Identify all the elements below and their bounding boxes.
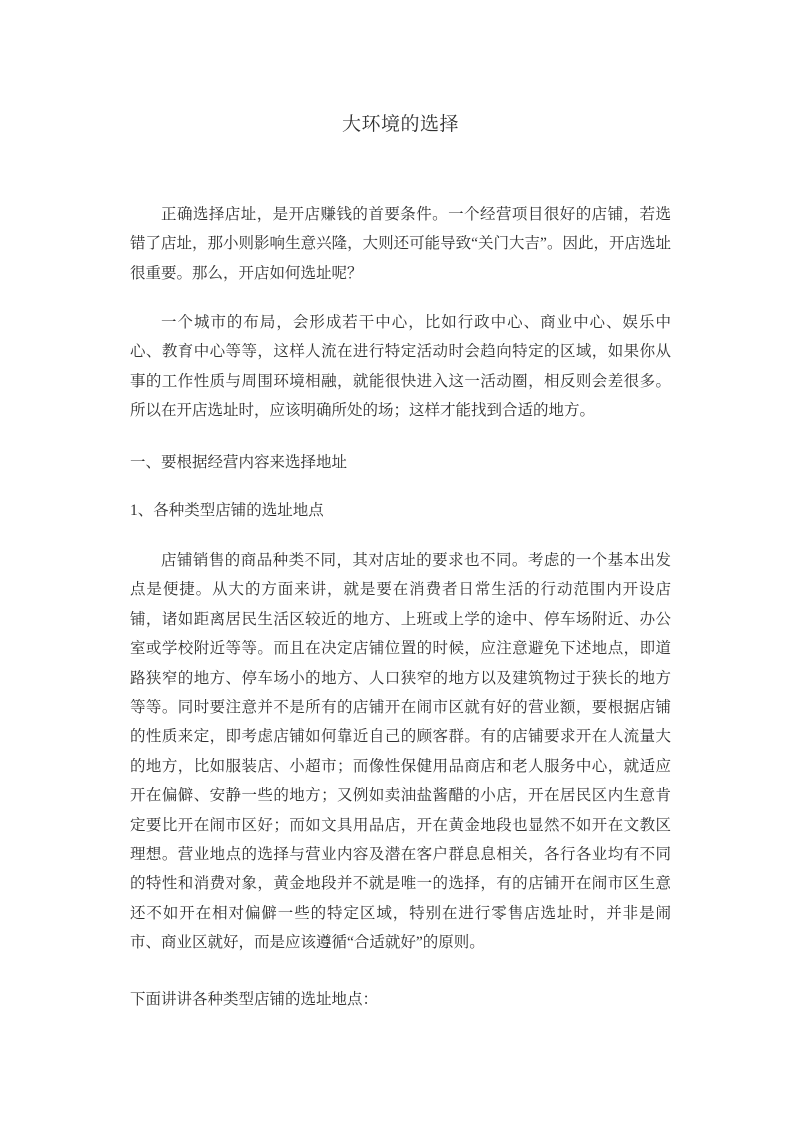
document-page: 大环境的选择 正确选择店址，是开店赚钱的首要条件。一个经营项目很好的店铺，若选错… bbox=[0, 0, 802, 1122]
intro-paragraph-1: 正确选择店址，是开店赚钱的首要条件。一个经营项目很好的店铺，若选错了店址，那小则… bbox=[130, 200, 671, 288]
closing-line: 下面讲讲各种类型店铺的选址地点： bbox=[130, 985, 671, 1014]
body-paragraph: 店铺销售的商品种类不同，其对店址的要求也不同。考虑的一个基本出发点是便捷。从大的… bbox=[130, 546, 671, 958]
subsection-heading: 1、各种类型店铺的选址地点 bbox=[130, 496, 671, 525]
intro-paragraph-2: 一个城市的布局，会形成若干中心，比如行政中心、商业中心、娱乐中心、教育中心等等，… bbox=[130, 308, 671, 426]
section-heading: 一、要根据经营内容来选择地址 bbox=[130, 448, 671, 477]
document-title: 大环境的选择 bbox=[130, 112, 671, 138]
